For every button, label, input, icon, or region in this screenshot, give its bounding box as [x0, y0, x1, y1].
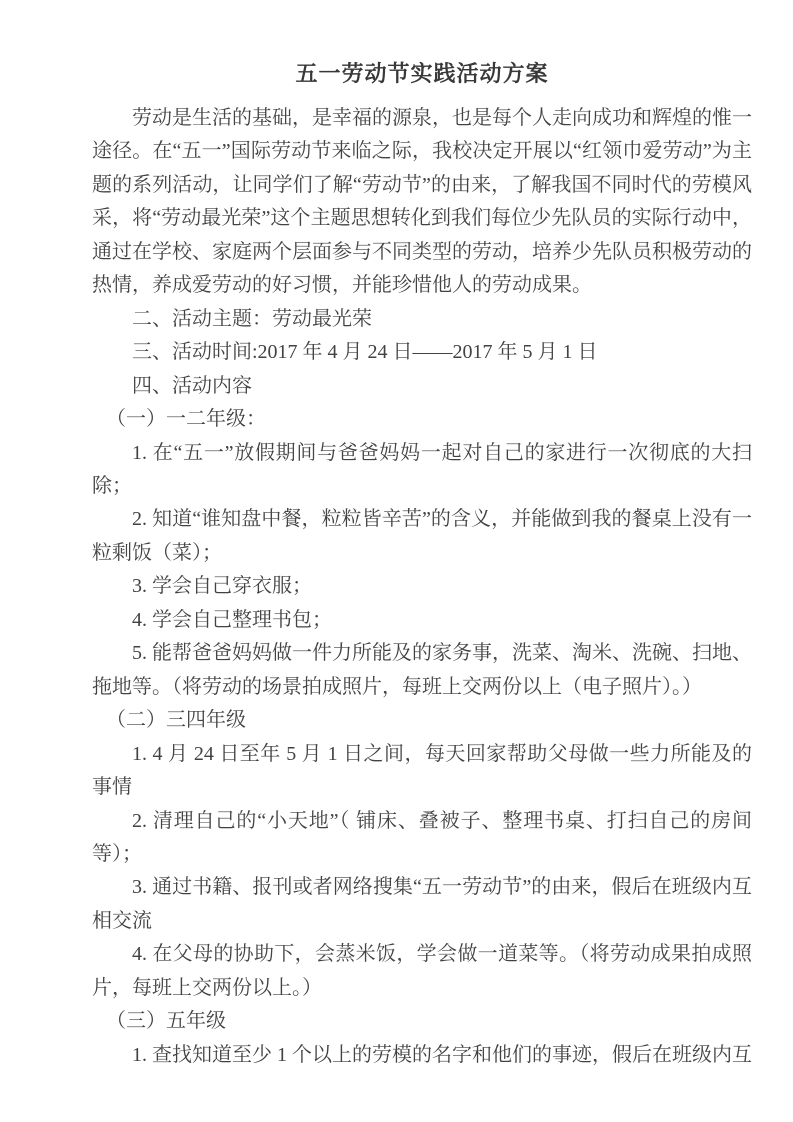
list-item-g12-4: 4. 学会自己整理书包；	[92, 604, 752, 637]
list-item-g12-1: 1. 在“五一”放假期间与爸爸妈妈一起对自己的家进行一次彻底的大扫除；	[92, 437, 752, 504]
list-item-g34-1: 1. 4 月 24 日至年 5 月 1 日之间，每天回家帮助父母做一些力所能及的…	[92, 738, 752, 805]
heading-activity-theme: 二、活动主题：劳动最光荣	[92, 303, 752, 336]
subheading-grade-1-2: （一）一二年级：	[92, 403, 752, 436]
document-page: 五一劳动节实践活动方案 劳动是生活的基础，是幸福的源泉，也是每个人走向成功和辉煌…	[0, 0, 793, 1122]
document-content: 五一劳动节实践活动方案 劳动是生活的基础，是幸福的源泉，也是每个人走向成功和辉煌…	[92, 56, 752, 1072]
document-title-text: 五一劳动节实践活动方案	[295, 61, 548, 86]
list-item-g12-5: 5. 能帮爸爸妈妈做一件力所能及的家务事，洗菜、淘米、洗碗、扫地、拖地等。（将劳…	[92, 637, 752, 704]
list-item-g34-4: 4. 在父母的协助下，会蒸米饭，学会做一道菜等。（将劳动成果拍成照片，每班上交两…	[92, 938, 752, 1005]
subheading-grade-5: （三）五年级	[92, 1005, 752, 1038]
list-item-g12-3: 3. 学会自己穿衣服；	[92, 570, 752, 603]
heading-activity-time: 三、活动时间:2017 年 4 月 24 日——2017 年 5 月 1 日	[92, 336, 752, 369]
list-item-g5-1: 1. 查找知道至少 1 个以上的劳模的名字和他们的事迹，假后在班级内互	[92, 1039, 752, 1072]
heading-activity-content: 四、活动内容	[92, 370, 752, 403]
paragraph-intro: 劳动是生活的基础，是幸福的源泉，也是每个人走向成功和辉煌的惟一途径。在“五一”国…	[92, 102, 752, 303]
subheading-grade-3-4: （二）三四年级	[92, 704, 752, 737]
list-item-g34-2: 2. 清理自己的“小天地”（ 铺床、叠被子、整理书桌、打扫自己的房间等）；	[92, 805, 752, 872]
document-title: 五一劳动节实践活动方案	[92, 56, 752, 92]
list-item-g34-3: 3. 通过书籍、报刊或者网络搜集“五一劳动节”的由来，假后在班级内互相交流	[92, 871, 752, 938]
list-item-g12-2: 2. 知道“谁知盘中餐，粒粒皆辛苦”的含义，并能做到我的餐桌上没有一粒剩饭（菜）…	[92, 503, 752, 570]
